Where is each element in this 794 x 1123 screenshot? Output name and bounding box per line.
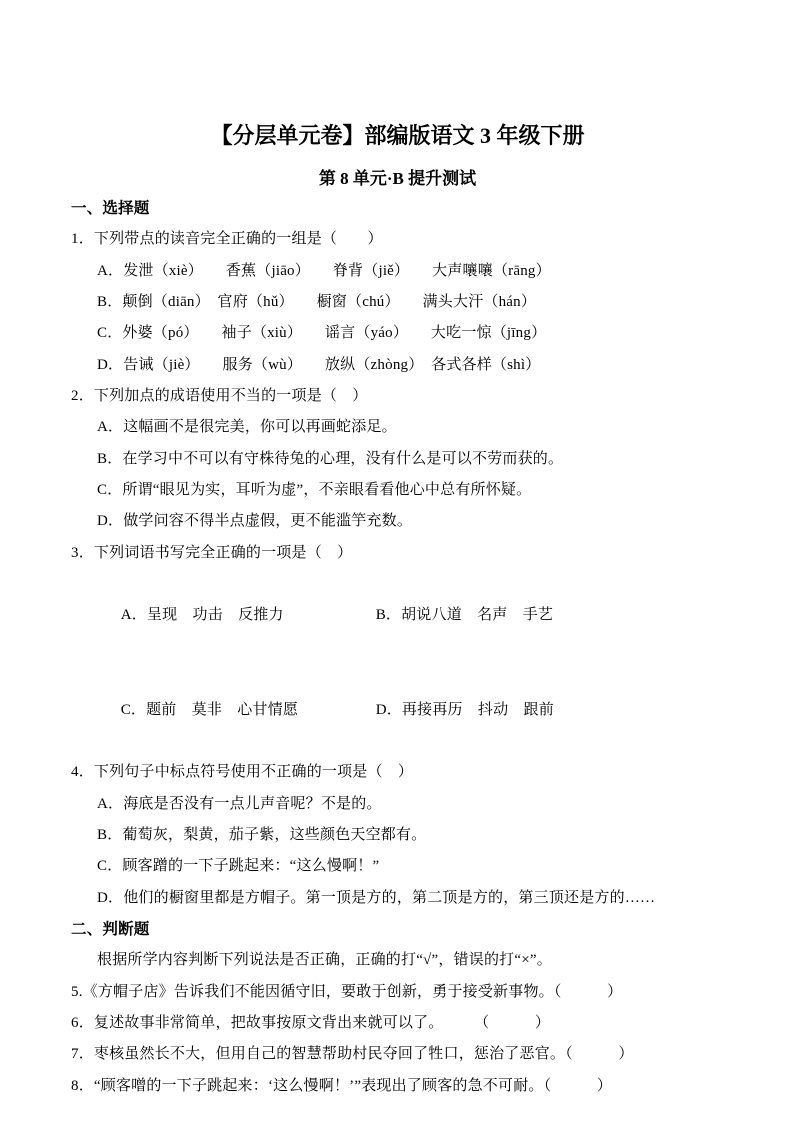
question-2-option-b: B．在学习中不可以有守株待兔的心理，没有什么是可以不劳而获的。 <box>71 444 724 475</box>
section-heading-judge: 二、判断题 <box>71 914 724 945</box>
question-1-option-d: D．告诫（jiè） 服务（wù） 放纵（zhòng） 各式各样（shì） <box>71 350 724 381</box>
question-5: 5.《方帽子店》告诉我们不能因循守旧，要敢于创新，勇于接受新事物。（ ） <box>71 977 724 1008</box>
question-1-option-c: C．外婆（pó） 袖子（xiù） 谣言（yáo） 大吃一惊（jīng） <box>71 318 724 349</box>
question-3-stem: 3．下列词语书写完全正确的一项是（ ） <box>71 538 724 569</box>
section-heading-choice: 一、选择题 <box>71 193 724 224</box>
worksheet-body: 一、选择题 1．下列带点的读音完全正确的一组是（ ） A．发泄（xiè） 香蕉（… <box>71 193 724 1102</box>
question-2-option-a: A．这幅画不是很完美，你可以再画蛇添足。 <box>71 412 724 443</box>
question-1-option-b: B．颠倒（diān） 官府（hǔ） 橱窗（chú） 满头大汗（hán） <box>71 287 724 318</box>
question-3-option-a: A．呈现 功击 反推力 <box>121 600 376 631</box>
worksheet-page: 【分层单元卷】部编版语文 3 年级下册 第 8 单元·B 提升测试 一、选择题 … <box>0 0 794 1123</box>
question-3-option-b: B．胡说八道 名声 手艺 <box>376 607 553 623</box>
question-3-options-row-cd: C．题前 莫非 心甘情愿D．再接再历 抖动 跟前 <box>71 663 724 757</box>
doc-subtitle: 第 8 单元·B 提升测试 <box>71 166 724 192</box>
question-1-stem: 1．下列带点的读音完全正确的一组是（ ） <box>71 224 724 255</box>
question-4-option-b: B．葡萄灰，梨黄，茄子紫，这些颜色天空都有。 <box>71 820 724 851</box>
doc-title: 【分层单元卷】部编版语文 3 年级下册 <box>71 121 724 151</box>
judge-instruction: 根据所学内容判断下列说法是否正确，正确的打“√”，错误的打“×”。 <box>71 945 724 976</box>
question-2-option-d: D．做学问容不得半点虚假，更不能滥竽充数。 <box>71 506 724 537</box>
question-3-option-d: D．再接再历 抖动 跟前 <box>376 702 554 718</box>
question-6: 6．复述故事非常简单，把故事按原文背出来就可以了。 （ ） <box>71 1008 724 1039</box>
question-4-stem: 4．下列句子中标点符号使用不正确的一项是（ ） <box>71 757 724 788</box>
question-3-option-c: C．题前 莫非 心甘情愿 <box>121 695 376 726</box>
question-4-option-a: A．海底是否没有一点儿声音呢？不是的。 <box>71 789 724 820</box>
question-1-option-a: A．发泄（xiè） 香蕉（jiāo） 脊背（jiě） 大声嚷嚷（rāng） <box>71 256 724 287</box>
question-7: 7．枣核虽然长不大，但用自己的智慧帮助村民夺回了牲口，惩治了恶官。（ ） <box>71 1039 724 1070</box>
question-8: 8．“顾客噌的一下子跳起来：‘这么慢啊！’”表现出了顾客的急不可耐。（ ） <box>71 1071 724 1102</box>
question-2-option-c: C．所谓“眼见为实，耳听为虚”，不亲眼看看他心中总有所怀疑。 <box>71 475 724 506</box>
question-3-options-row-ab: A．呈现 功击 反推力B．胡说八道 名声 手艺 <box>71 569 724 663</box>
question-2-stem: 2．下列加点的成语使用不当的一项是（ ） <box>71 381 724 412</box>
question-4-option-d: D．他们的橱窗里都是方帽子。第一顶是方的，第二顶是方的，第三顶还是方的…… <box>71 883 724 914</box>
question-4-option-c: C．顾客蹭的一下子跳起来：“这么慢啊！” <box>71 851 724 882</box>
